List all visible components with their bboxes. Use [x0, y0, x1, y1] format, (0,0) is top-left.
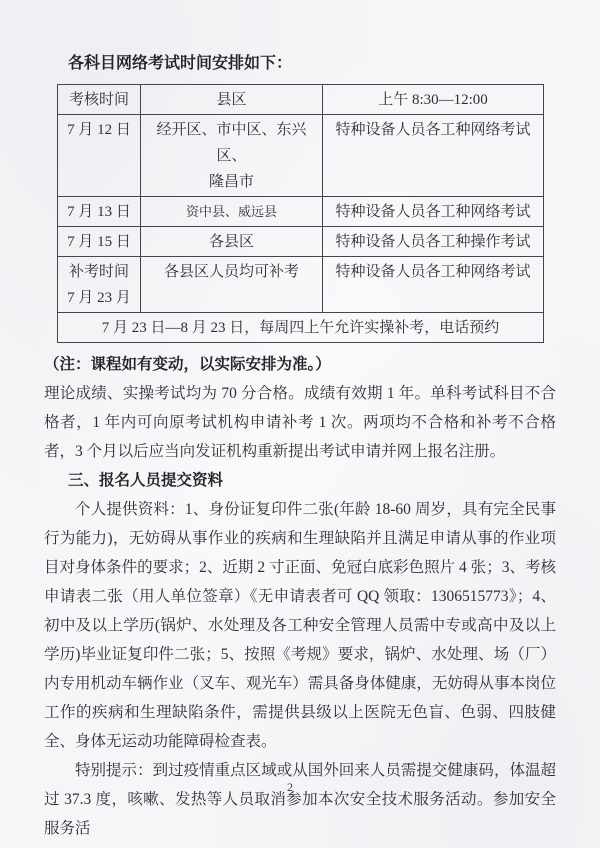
cell-district: 资中县、威远县	[141, 197, 323, 227]
table-row: 7 月 15 日 各县区 特种设备人员各工种操作考试	[58, 227, 544, 257]
schedule-title: 各科目网络考试时间安排如下：	[44, 54, 556, 74]
document-page: 各科目网络考试时间安排如下： 考核时间 县区 上午 8:30—12:00 7 月…	[44, 54, 556, 843]
table-row: 补考时间 7 月 23 月 各县区人员均可补考 特种设备人员各工种网络考试	[58, 257, 544, 313]
cell-exam: 特种设备人员各工种网络考试	[323, 115, 544, 197]
cell-exam: 特种设备人员各工种操作考试	[323, 227, 544, 257]
schedule-note: （注：课程如有变动，以实际安排为准。）	[44, 350, 556, 379]
header-morning-slot: 上午 8:30—12:00	[323, 85, 544, 115]
table-row: 7 月 13 日 资中县、威远县 特种设备人员各工种网络考试	[58, 197, 544, 227]
cell-district: 经开区、市中区、东兴区、 隆昌市	[141, 115, 323, 197]
cell-exam: 特种设备人员各工种网络考试	[323, 257, 544, 313]
covid-notice-paragraph: 特别提示：到过疫情重点区域或从国外回来人员需提交健康码，体温超过 37.3 度，…	[44, 756, 556, 843]
header-district: 县区	[141, 85, 323, 115]
cell-time: 7 月 15 日	[58, 227, 141, 257]
cell-district: 各县区人员均可补考	[141, 257, 323, 313]
cell-district: 各县区	[141, 227, 323, 257]
table-row: 7 月 12 日 经开区、市中区、东兴区、 隆昌市 特种设备人员各工种网络考试	[58, 115, 544, 197]
cell-exam: 特种设备人员各工种网络考试	[323, 197, 544, 227]
page-number: 2	[0, 780, 580, 795]
passing-score-paragraph: 理论成绩、实操考试均为 70 分合格。成绩有效期 1 年。单科考试科目不合格者，…	[44, 379, 556, 466]
makeup-exam-note: 7 月 23 日—8 月 23 日，每周四上午允许实操补考，电话预约	[58, 313, 544, 343]
header-exam-time: 考核时间	[58, 85, 141, 115]
exam-schedule-table: 考核时间 县区 上午 8:30—12:00 7 月 12 日 经开区、市中区、东…	[57, 84, 544, 343]
materials-paragraph: 个人提供资料：1、身份证复印件二张(年龄 18-60 周岁，具有完全民事行为能力…	[44, 495, 556, 756]
table-footer-row: 7 月 23 日—8 月 23 日，每周四上午允许实操补考，电话预约	[58, 313, 544, 343]
section-heading-materials: 三、报名人员提交资料	[44, 466, 556, 495]
table-header-row: 考核时间 县区 上午 8:30—12:00	[58, 85, 544, 115]
cell-time: 7 月 12 日	[58, 115, 141, 197]
cell-time: 7 月 13 日	[58, 197, 141, 227]
cell-time: 补考时间 7 月 23 月	[58, 257, 141, 313]
